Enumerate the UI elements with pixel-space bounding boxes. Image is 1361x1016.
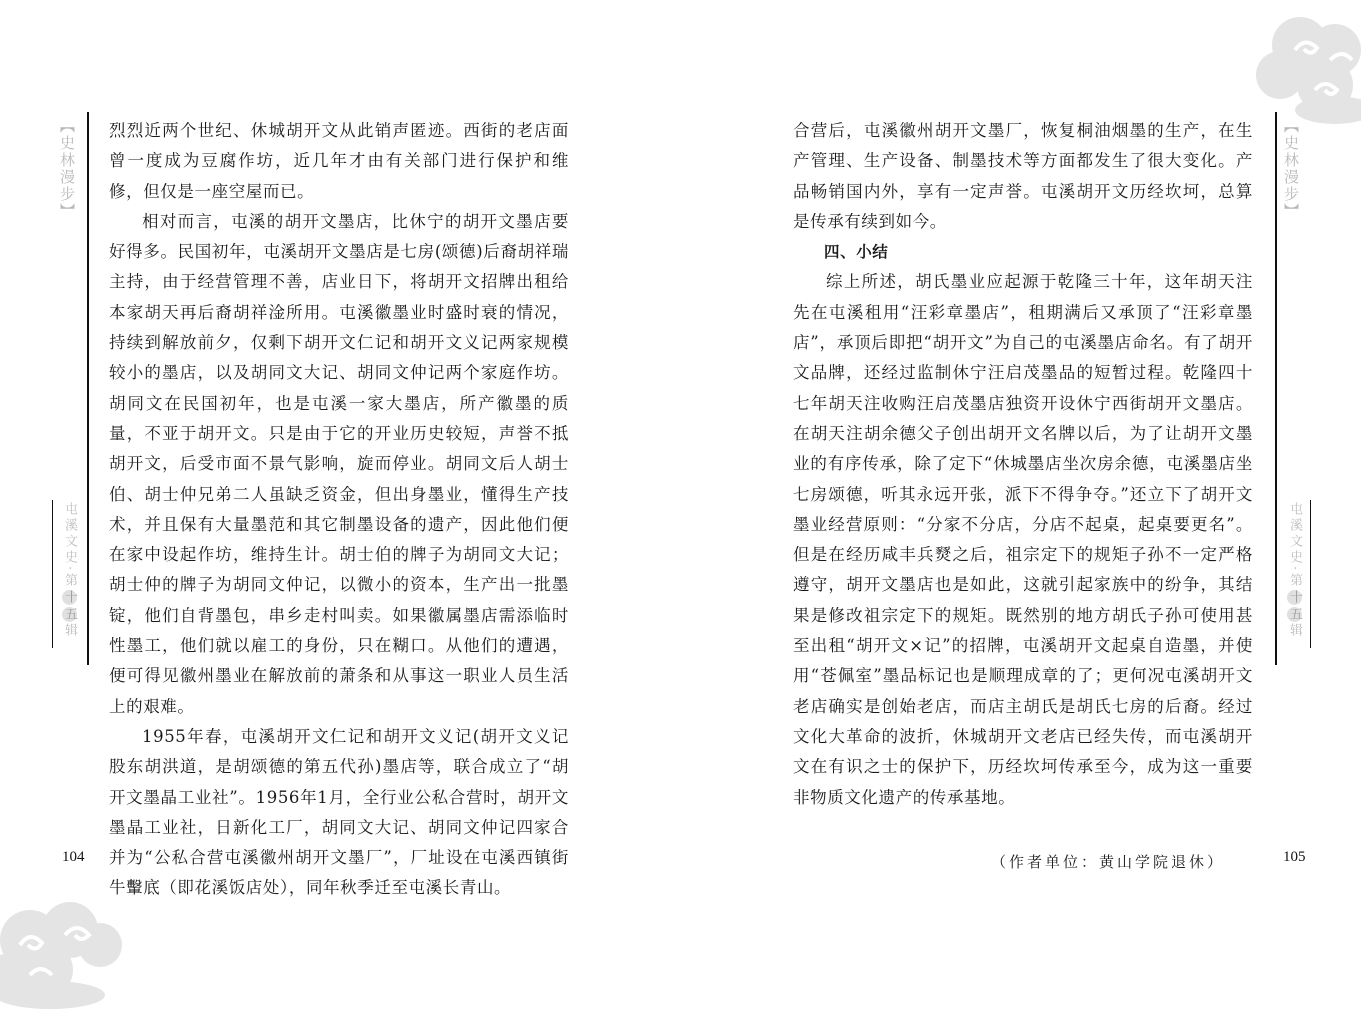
series-suffix: 辑 (62, 623, 77, 639)
margin-rule (87, 112, 89, 665)
series-rule (1310, 500, 1311, 648)
series-suffix: 辑 (1287, 623, 1302, 639)
series-num-1: 十 (62, 590, 77, 605)
author-affiliation: （作者单位：黄山学院退休） (793, 847, 1253, 877)
series-prefix: 屯溪文史·第 (62, 502, 77, 589)
cloud-ornament-icon (1240, 10, 1361, 130)
paragraph: 综上所述，胡氏墨业应起源于乾隆三十年，这年胡天注先在屯溪租用“汪彩章墨店”，租期… (793, 267, 1253, 812)
series-rule (52, 500, 53, 648)
body-text: 烈烈近两个世纪、休城胡开文从此销声匿迹。西街的老店面曾一度成为豆腐作坊，近几年才… (109, 116, 569, 904)
column-tag: 【史林漫步】 (1283, 118, 1298, 220)
series-num-1: 十 (1287, 590, 1302, 605)
margin-rule (1275, 112, 1277, 665)
column-tag: 【史林漫步】 (59, 118, 74, 220)
section-heading: 四、小结 (793, 237, 1253, 267)
paragraph: 合营后，屯溪徽州胡开文墨厂，恢复桐油烟墨的生产，在生产管理、生产设备、制墨技术等… (793, 116, 1253, 237)
series-tag: 屯溪文史·第十五辑 (62, 502, 77, 639)
paragraph: 相对而言，屯溪的胡开文墨店，比休宁的胡开文墨店要好得多。民国初年，屯溪胡开文墨店… (109, 207, 569, 722)
left-page: 【史林漫步】 屯溪文史·第十五辑 烈烈近两个世纪、休城胡开文从此销声匿迹。西街的… (0, 0, 680, 1016)
series-num-2: 五 (62, 607, 77, 622)
right-page: 【史林漫步】 屯溪文史·第十五辑 合营后，屯溪徽州胡开文墨厂，恢复桐油烟墨的生产… (680, 0, 1361, 1016)
page-number: 105 (1283, 849, 1306, 866)
paragraph: 1955年春，屯溪胡开文仁记和胡开文义记(胡开文义记股东胡洪道，是胡颂德的第五代… (109, 722, 569, 904)
page-number: 104 (62, 849, 85, 866)
body-text: 合营后，屯溪徽州胡开文墨厂，恢复桐油烟墨的生产，在生产管理、生产设备、制墨技术等… (793, 116, 1253, 877)
cloud-ornament-icon (0, 890, 140, 1016)
paragraph: 烈烈近两个世纪、休城胡开文从此销声匿迹。西街的老店面曾一度成为豆腐作坊，近几年才… (109, 116, 569, 207)
series-prefix: 屯溪文史·第 (1287, 502, 1302, 589)
series-tag: 屯溪文史·第十五辑 (1287, 502, 1302, 639)
series-num-2: 五 (1287, 607, 1302, 622)
